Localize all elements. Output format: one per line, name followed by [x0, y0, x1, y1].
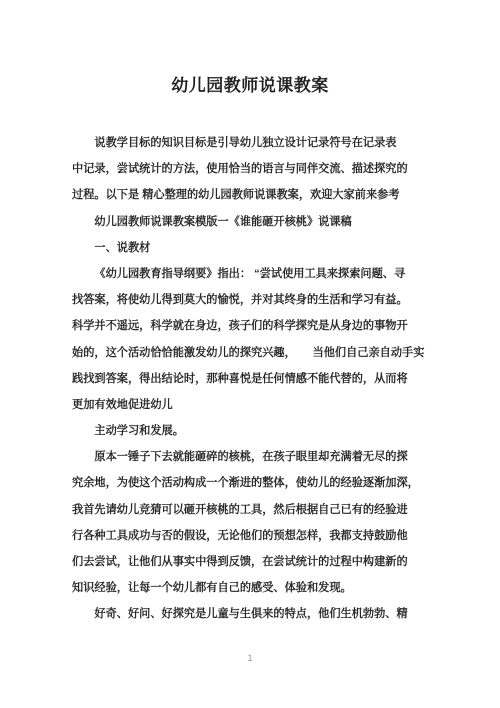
document-title: 幼儿园教师说课教案	[0, 74, 500, 98]
doc-line: 找答案，将使幼儿得到莫大的愉悦，并对其终身的生活和学习有益。	[72, 287, 442, 313]
doc-line: 一、说教材	[72, 235, 442, 261]
document-page: 幼儿园教师说课教案 说教学目标的知识目标是引导幼儿独立设计记录符号在记录表 中记…	[0, 0, 500, 708]
doc-line: 原本一锤子下去就能砸碎的核桃，在孩子眼里却充满着无尽的探	[72, 444, 442, 470]
doc-line: 知识经验，让每一个幼儿都有自己的感受、体验和发现。	[72, 575, 442, 601]
doc-line: 主动学习和发展。	[72, 418, 442, 444]
doc-line: 践找到答案，得出结论时，那种喜悦是任何情感不能代替的，从而将	[72, 366, 442, 392]
doc-line: 中记录，尝试统计的方法，使用恰当的语言与同伴交流、描述探究的	[72, 156, 442, 182]
doc-line: 我首先请幼儿竞猜可以砸开核桃的工具，然后根据自己已有的经验进	[72, 497, 442, 523]
doc-line: 过程。以下是 精心整理的幼儿园教师说课教案，欢迎大家前来参考	[72, 182, 442, 208]
doc-line: 好奇、好问、好探究是儿童与生俱来的特点，他们生机勃勃、精	[72, 601, 442, 627]
doc-line: 幼儿园教师说课教案模版一《谁能砸开核桃》说课稿	[72, 209, 442, 235]
doc-line: 们去尝试，让他们从事实中得到反馈，在尝试统计的过程中构建新的	[72, 549, 442, 575]
paragraph-walnut: 原本一锤子下去就能砸碎的核桃，在孩子眼里却充满着无尽的探 究余地，为使这个活动构…	[72, 444, 442, 601]
page-number: 1	[247, 653, 252, 663]
document-body: 说教学目标的知识目标是引导幼儿独立设计记录符号在记录表 中记录，尝试统计的方法，…	[72, 130, 442, 628]
doc-line: 行各种工具成功与否的假设，无论他们的预想怎样，我都支持鼓励他	[72, 523, 442, 549]
doc-line: 《幼儿园教育指导纲要》指出： “尝试使用工具来探索问题、寻	[72, 261, 442, 287]
paragraph-outline-quote: 《幼儿园教育指导纲要》指出： “尝试使用工具来探索问题、寻 找答案，将使幼儿得到…	[72, 261, 442, 418]
page-footer: 1	[0, 648, 500, 666]
paragraph-learning: 主动学习和发展。	[72, 418, 442, 444]
doc-line: 始的，这个活动恰恰能激发幼儿的探究兴趣， 当他们自己亲自动手实	[72, 340, 442, 366]
paragraph-section-heading: 一、说教材	[72, 235, 442, 261]
paragraph-intro: 说教学目标的知识目标是引导幼儿独立设计记录符号在记录表 中记录，尝试统计的方法，…	[72, 130, 442, 209]
doc-line: 更加有效地促进幼儿	[72, 392, 442, 418]
doc-line: 科学并不遥远，科学就在身边，孩子们的科学探究是从身边的事物开	[72, 313, 442, 339]
doc-line: 究余地，为使这个活动构成一个渐进的整体，使幼儿的经验逐渐加深，	[72, 470, 442, 496]
doc-line: 说教学目标的知识目标是引导幼儿独立设计记录符号在记录表	[72, 130, 442, 156]
paragraph-template-heading: 幼儿园教师说课教案模版一《谁能砸开核桃》说课稿	[72, 209, 442, 235]
paragraph-curiosity: 好奇、好问、好探究是儿童与生俱来的特点，他们生机勃勃、精	[72, 601, 442, 627]
